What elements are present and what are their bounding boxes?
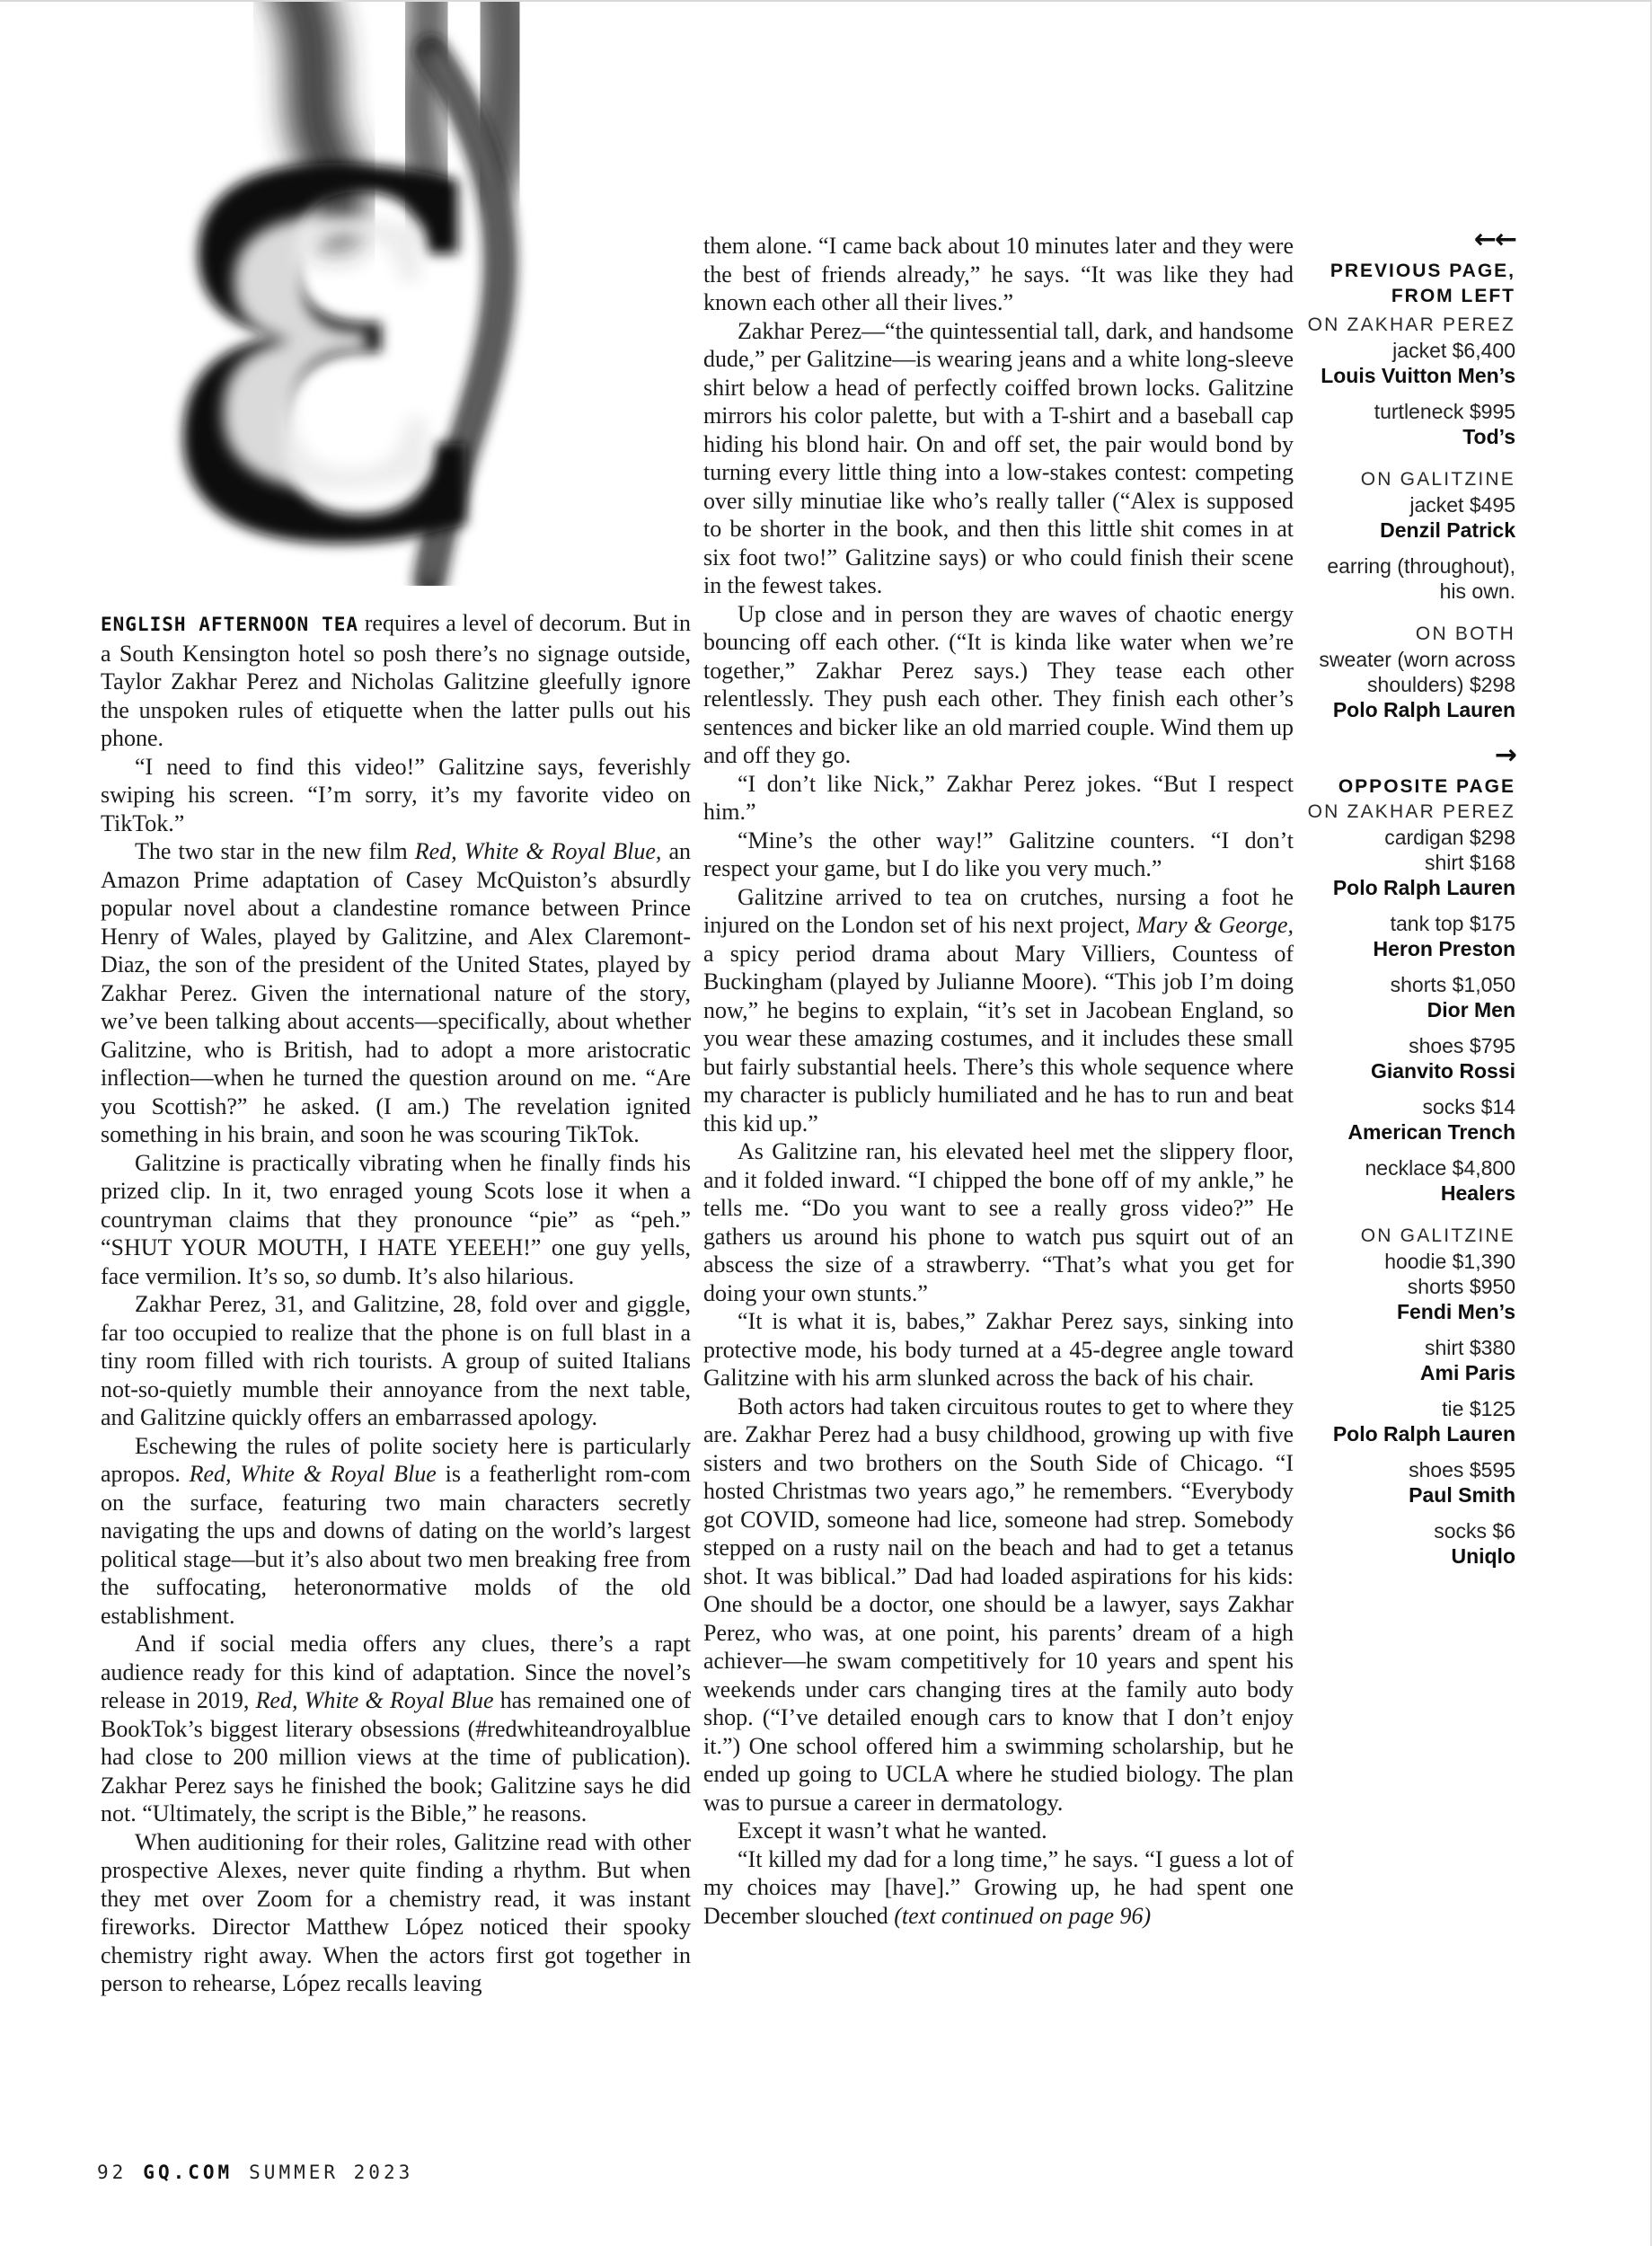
article-paragraph: Up close and in person they are waves of… <box>703 600 1294 770</box>
credit-item: tank top $175 <box>1237 911 1515 936</box>
page-number: 92 <box>97 2162 127 2183</box>
credit-item: socks $6 <box>1237 1518 1515 1543</box>
credit-item: hoodie $1,390 <box>1237 1249 1515 1274</box>
credit-brand: Louis Vuitton Men’s <box>1237 363 1515 388</box>
svg-text:3: 3 <box>200 146 453 571</box>
body-text: “It is what it is, babes,” Zakhar Perez … <box>703 1308 1294 1391</box>
credit-item: sweater (worn across <box>1237 647 1515 672</box>
credit-block: shoes $595Paul Smith <box>1237 1457 1515 1508</box>
credit-brand: Denzil Patrick <box>1237 517 1515 543</box>
credit-item: jacket $495 <box>1237 492 1515 517</box>
credit-block: ON GALITZINEjacket $495Denzil Patrick <box>1237 467 1515 543</box>
credit-block: shirt $380Ami Paris <box>1237 1335 1515 1385</box>
article-paragraph: “I need to find this video!” Galitzine s… <box>101 753 691 838</box>
credit-block: socks $14American Trench <box>1237 1094 1515 1145</box>
article-paragraph: “It killed my dad for a long time,” he s… <box>703 1845 1294 1931</box>
credit-item: necklace $4,800 <box>1237 1155 1515 1180</box>
article-lead-in: ENGLISH AFTERNOON TEA <box>101 614 358 635</box>
ink-smoke-blob-illustration: 3 3 <box>115 2 537 586</box>
article-paragraph: Eschewing the rules of polite society he… <box>101 1432 691 1631</box>
article-left-column: ENGLISH AFTERNOON TEA requires a level o… <box>101 609 691 1998</box>
credit-label: ON GALITZINE <box>1237 1224 1515 1249</box>
credit-item: shoes $795 <box>1237 1033 1515 1058</box>
article-paragraph: Zakhar Perez—“the quintessential tall, d… <box>703 317 1294 600</box>
credit-item: socks $14 <box>1237 1094 1515 1119</box>
credit-item: turtleneck $995 <box>1237 399 1515 424</box>
issue-label: SUMMER 2023 <box>249 2162 413 2183</box>
credit-block: turtleneck $995Tod’s <box>1237 399 1515 449</box>
body-text: Zakhar Perez, 31, and Galitzine, 28, fol… <box>101 1291 691 1430</box>
credit-item: shoes $595 <box>1237 1457 1515 1482</box>
fashion-credits-rail: ←←PREVIOUS PAGE,FROM LEFTON ZAKHAR PEREZ… <box>1237 226 1515 1569</box>
body-text: When auditioning for their roles, Galitz… <box>101 1829 691 1997</box>
credit-label: OPPOSITE PAGE <box>1237 774 1515 800</box>
ink-glyph: 3 3 <box>151 65 501 586</box>
credit-brand: Polo Ralph Lauren <box>1237 697 1515 722</box>
credit-item: earring (throughout), <box>1237 553 1515 579</box>
credit-label: ON ZAKHAR PEREZ <box>1237 313 1515 338</box>
credit-block: tie $125Polo Ralph Lauren <box>1237 1396 1515 1446</box>
body-text: “I need to find this video!” Galitzine s… <box>101 754 691 836</box>
credit-item: shoulders) $298 <box>1237 672 1515 697</box>
article-paragraph: Except it wasn’t what he wanted. <box>703 1817 1294 1845</box>
credit-brand: Dior Men <box>1237 997 1515 1022</box>
credit-item: cardigan $298 <box>1237 825 1515 850</box>
credit-block: ON GALITZINEhoodie $1,390shorts $950Fend… <box>1237 1224 1515 1324</box>
article-paragraph: When auditioning for their roles, Galitz… <box>101 1828 691 1998</box>
article-paragraph: Galitzine arrived to tea on crutches, nu… <box>703 883 1294 1138</box>
arrow-left-icon: ←← <box>1237 226 1515 253</box>
body-text: “I don’t like Nick,” Zakhar Perez jokes.… <box>703 771 1294 826</box>
article-paragraph: The two star in the new film Red, White … <box>101 837 691 1149</box>
credit-brand: Heron Preston <box>1237 936 1515 961</box>
credit-block: tank top $175Heron Preston <box>1237 911 1515 961</box>
credit-block: ←← <box>1237 226 1515 253</box>
body-text: The two star in the new film <box>135 838 415 864</box>
credit-brand: Uniqlo <box>1237 1543 1515 1569</box>
credit-brand: Paul Smith <box>1237 1482 1515 1508</box>
credit-label: ON ZAKHAR PEREZ <box>1237 800 1515 825</box>
credit-brand: Polo Ralph Lauren <box>1237 875 1515 900</box>
credit-label: ON GALITZINE <box>1237 467 1515 492</box>
credit-item: his own. <box>1237 579 1515 604</box>
italic-text: Red, White & Royal Blue <box>190 1461 437 1487</box>
credit-block: OPPOSITE PAGEON ZAKHAR PEREZcardigan $29… <box>1237 774 1515 900</box>
credit-block: ON ZAKHAR PEREZjacket $6,400Louis Vuitto… <box>1237 313 1515 388</box>
magazine-page: 3 3 ENGLISH AFTERNOON TEA requires a lev… <box>0 0 1652 2246</box>
body-text: “Mine’s the other way!” Galitzine counte… <box>703 827 1294 882</box>
credit-brand: Polo Ralph Lauren <box>1237 1421 1515 1446</box>
credit-brand: Tod’s <box>1237 424 1515 449</box>
article-paragraph: Zakhar Perez, 31, and Galitzine, 28, fol… <box>101 1290 691 1432</box>
credit-item: shirt $168 <box>1237 850 1515 875</box>
italic-text: Red, White & Royal Blue, <box>415 838 662 864</box>
italic-text: Red, White & Royal Blue <box>256 1687 494 1713</box>
credit-item: shorts $950 <box>1237 1274 1515 1299</box>
credit-brand: Healers <box>1237 1180 1515 1206</box>
credit-block: PREVIOUS PAGE,FROM LEFT <box>1237 259 1515 309</box>
credit-brand: American Trench <box>1237 1119 1515 1145</box>
body-text: an Amazon Prime adaptation of Casey McQu… <box>101 838 691 1147</box>
article-paragraph: As Galitzine ran, his elevated heel met … <box>703 1137 1294 1307</box>
article-paragraph: Galitzine is practically vibrating when … <box>101 1149 691 1291</box>
italic-text: so <box>316 1263 337 1289</box>
credit-brand: Fendi Men’s <box>1237 1299 1515 1324</box>
credit-item: shorts $1,050 <box>1237 972 1515 997</box>
body-text: As Galitzine ran, his elevated heel met … <box>703 1138 1294 1306</box>
article-middle-column: them alone. “I came back about 10 minute… <box>703 232 1294 1930</box>
article-paragraph: ENGLISH AFTERNOON TEA requires a level o… <box>101 609 691 753</box>
credit-brand: Gianvito Rossi <box>1237 1058 1515 1083</box>
article-paragraph: “Mine’s the other way!” Galitzine counte… <box>703 827 1294 883</box>
body-text: a spicy period drama about Mary Villiers… <box>703 941 1294 1136</box>
article-paragraph: them alone. “I came back about 10 minute… <box>703 232 1294 317</box>
credit-brand: Ami Paris <box>1237 1360 1515 1385</box>
arrow-right-icon: → <box>1237 742 1515 769</box>
credit-label: ON BOTH <box>1237 622 1515 647</box>
credit-block: shoes $795Gianvito Rossi <box>1237 1033 1515 1083</box>
body-text: Zakhar Perez—“the quintessential tall, d… <box>703 318 1294 599</box>
credit-block: socks $6Uniqlo <box>1237 1518 1515 1569</box>
body-text: Both actors had taken circuitous routes … <box>703 1393 1294 1816</box>
article-paragraph: Both actors had taken circuitous routes … <box>703 1393 1294 1817</box>
credit-block: shorts $1,050Dior Men <box>1237 972 1515 1022</box>
credit-label: FROM LEFT <box>1237 284 1515 309</box>
italic-text: (text continued on page 96) <box>894 1903 1151 1929</box>
credit-item: shirt $380 <box>1237 1335 1515 1360</box>
credit-block: necklace $4,800Healers <box>1237 1155 1515 1206</box>
body-text: Except it wasn’t what he wanted. <box>738 1817 1047 1844</box>
body-text: them alone. “I came back about 10 minute… <box>703 233 1294 315</box>
article-paragraph: And if social media offers any clues, th… <box>101 1630 691 1828</box>
article-paragraph: “It is what it is, babes,” Zakhar Perez … <box>703 1307 1294 1393</box>
credit-block: ON BOTHsweater (worn acrossshoulders) $2… <box>1237 622 1515 722</box>
body-text: Up close and in person they are waves of… <box>703 601 1294 769</box>
page-folio: 92GQ.COMSUMMER 2023 <box>97 2162 429 2183</box>
site-name: GQ.COM <box>143 2162 233 2183</box>
credit-block: earring (throughout),his own. <box>1237 553 1515 604</box>
article-paragraph: “I don’t like Nick,” Zakhar Perez jokes.… <box>703 770 1294 827</box>
credit-item: jacket $6,400 <box>1237 338 1515 363</box>
body-text: dumb. It’s also hilarious. <box>337 1263 574 1289</box>
credit-item: tie $125 <box>1237 1396 1515 1421</box>
credit-block: → <box>1237 742 1515 769</box>
credit-label: PREVIOUS PAGE, <box>1237 259 1515 284</box>
